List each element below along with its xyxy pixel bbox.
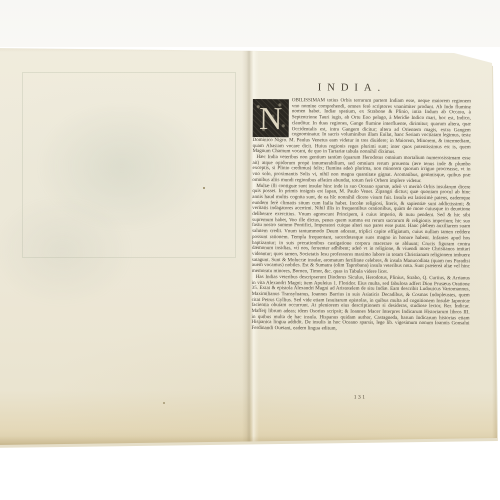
paragraph-1: N OBILISSIMAM totius Orbis terrarum part…	[253, 98, 471, 156]
text-page-column: INDIA. N OBILISSIMAM totius Orbis terrar…	[251, 82, 471, 413]
foxing-speck	[163, 402, 165, 404]
foxing-speck	[203, 187, 205, 189]
woodcut-drop-cap-initial: N	[253, 99, 289, 137]
page-title: INDIA.	[243, 82, 461, 94]
paragraph-2: Hæc India veteribus non gentium tantùm (…	[252, 155, 470, 185]
paragraph-4: Has Indias veteribus descripserunt Diodo…	[251, 275, 469, 333]
scanned-book-page: INDIA. N OBILISSIMAM totius Orbis terrar…	[0, 0, 500, 500]
background-band	[0, 0, 500, 47]
paragraph-3: Multæ illi contiguæ sunt insulæ hinc ind…	[252, 184, 471, 277]
page-number: 131	[251, 394, 469, 401]
